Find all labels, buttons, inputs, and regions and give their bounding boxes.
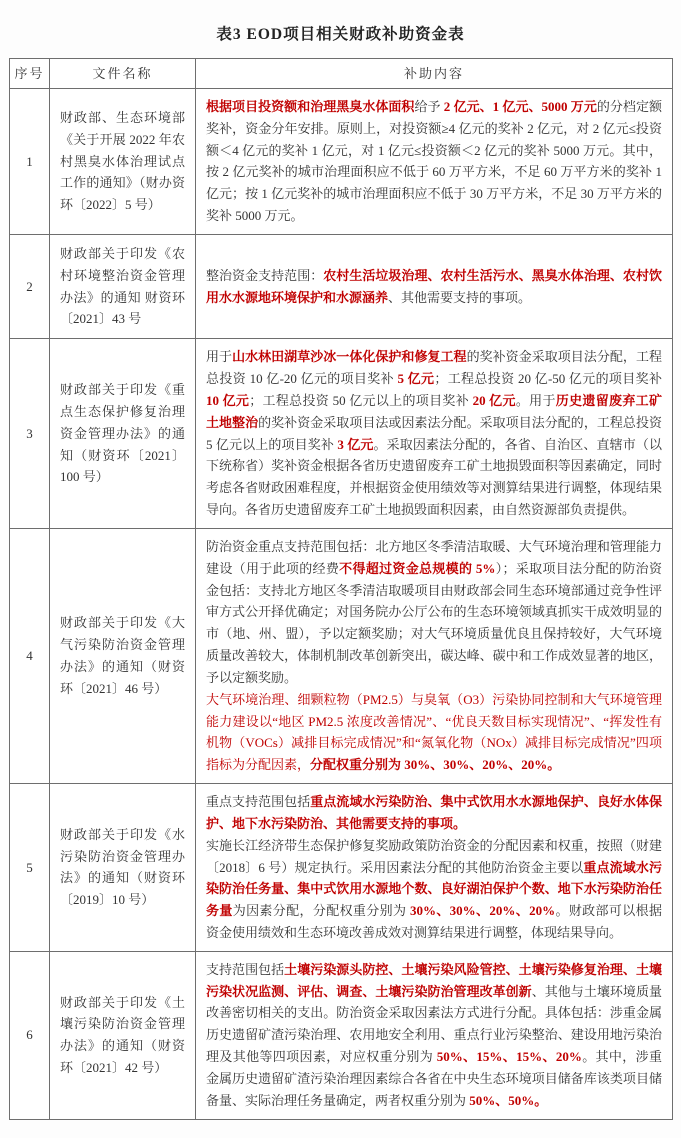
table-row: 4 财政部关于印发《大气污染防治资金管理办法》的通知（财资环〔2021〕46 号… (10, 528, 673, 783)
table-body: 1 财政部、生态环境部《关于开展 2022 年农村黑臭水体治理试点工作的通知》（… (10, 89, 673, 1120)
header-document-name: 文件名称 (50, 59, 196, 89)
row-serial-number: 5 (10, 784, 50, 952)
content-emphasis-red: 2 亿元、1 亿元、5000 万元 (444, 99, 597, 114)
content-emphasis-red: 20 亿元 (473, 393, 516, 408)
content-emphasis-red: 50%、15%、15%、20% (437, 1049, 582, 1064)
row-serial-number: 3 (10, 339, 50, 529)
content-emphasis-red: 5 亿元 (398, 371, 435, 386)
row-subsidy-content: 支持范围包括土壤污染源头防控、土壤污染风险管控、土壤污染修复治理、土壤污染状况监… (196, 951, 673, 1119)
content-emphasis-red: 分配权重分别为 30%、30%、20%、20%。 (310, 757, 560, 772)
table-header-row: 序号 文件名称 补助内容 (10, 59, 673, 89)
row-subsidy-content: 重点支持范围包括重点流域水污染防治、集中式饮用水水源地保护、良好水体保护、地下水… (196, 784, 673, 952)
table-row: 2 财政部关于印发《农村环境整治资金管理办法》的通知 财资环〔2021〕43 号… (10, 234, 673, 338)
content-emphasis-red: 30%、30%、20%、20% (410, 903, 555, 918)
row-subsidy-content: 根据项目投资额和治理黑臭水体面积给予 2 亿元、1 亿元、5000 万元的分档定… (196, 89, 673, 235)
content-emphasis-red: 50%、50%。 (469, 1093, 547, 1108)
row-subsidy-content: 防治资金重点支持范围包括：北方地区冬季清洁取暖、大气环境治理和管理能力建设（用于… (196, 528, 673, 783)
subsidy-table: 序号 文件名称 补助内容 1 财政部、生态环境部《关于开展 2022 年农村黑臭… (9, 58, 673, 1120)
content-text: ）；采取项目法分配的防治资金包括：支持北方地区冬季清洁取暖项目由财政部会同生态环… (206, 561, 662, 685)
header-serial-number: 序号 (10, 59, 50, 89)
content-text: 、其他需要支持的事项。 (388, 290, 531, 305)
content-text: 支持范围包括 (206, 962, 284, 977)
content-emphasis-red: 不得超过资金总规模的 5% (339, 561, 495, 576)
content-text: 给予 (414, 99, 443, 114)
content-text: 重点支持范围包括 (206, 794, 310, 809)
content-emphasis-red: 3 亿元 (337, 437, 373, 452)
content-text: 整治资金支持范围： (206, 268, 323, 283)
table-row: 6 财政部关于印发《土壤污染防治资金管理办法》的通知（财资环〔2021〕42 号… (10, 951, 673, 1119)
table-title: 表3 EOD项目相关财政补助资金表 (9, 22, 672, 44)
content-emphasis-red: 根据项目投资额和治理黑臭水体面积 (206, 99, 414, 114)
row-subsidy-content: 用于山水林田湖草沙冰一体化保护和修复工程的奖补资金采取项目法分配，工程总投资 1… (196, 339, 673, 529)
content-text: 的分档定额奖补，资金分年安排。原则上，对投资额≥4 亿元的奖补 2 亿元，对 2… (206, 99, 662, 223)
row-serial-number: 6 (10, 951, 50, 1119)
table-row: 5 财政部关于印发《水污染防治资金管理办法》的通知（财资环〔2019〕10 号）… (10, 784, 673, 952)
row-document-name: 财政部、生态环境部《关于开展 2022 年农村黑臭水体治理试点工作的通知》（财办… (50, 89, 196, 235)
content-text: ；工程总投资 50 亿元以上的项目奖补 (249, 393, 472, 408)
row-document-name: 财政部关于印发《大气污染防治资金管理办法》的通知（财资环〔2021〕46 号） (50, 528, 196, 783)
table-row: 1 财政部、生态环境部《关于开展 2022 年农村黑臭水体治理试点工作的通知》（… (10, 89, 673, 235)
row-document-name: 财政部关于印发《水污染防治资金管理办法》的通知（财资环〔2019〕10 号） (50, 784, 196, 952)
header-subsidy-content: 补助内容 (196, 59, 673, 89)
row-subsidy-content: 整治资金支持范围：农村生活垃圾治理、农村生活污水、黑臭水体治理、农村饮用水水源地… (196, 234, 673, 338)
row-serial-number: 2 (10, 234, 50, 338)
row-document-name: 财政部关于印发《农村环境整治资金管理办法》的通知 财资环〔2021〕43 号 (50, 234, 196, 338)
table-row: 3 财政部关于印发《重点生态保护修复治理资金管理办法》的通知（财资环〔2021〕… (10, 339, 673, 529)
content-emphasis-red: 山水林田湖草沙冰一体化保护和修复工程 (232, 349, 467, 364)
row-serial-number: 1 (10, 89, 50, 235)
content-text: ；工程总投资 20 亿-50 亿元的项目奖补 (434, 371, 662, 386)
content-text: 用于 (206, 349, 232, 364)
content-emphasis-red: 10 亿元 (206, 393, 249, 408)
content-text: 为因素分配，分配权重分别为 (233, 903, 410, 918)
row-document-name: 财政部关于印发《土壤污染防治资金管理办法》的通知（财资环〔2021〕42 号） (50, 951, 196, 1119)
row-serial-number: 4 (10, 528, 50, 783)
row-document-name: 财政部关于印发《重点生态保护修复治理资金管理办法》的通知（财资环〔2021〕10… (50, 339, 196, 529)
content-text: 。用于 (516, 393, 556, 408)
